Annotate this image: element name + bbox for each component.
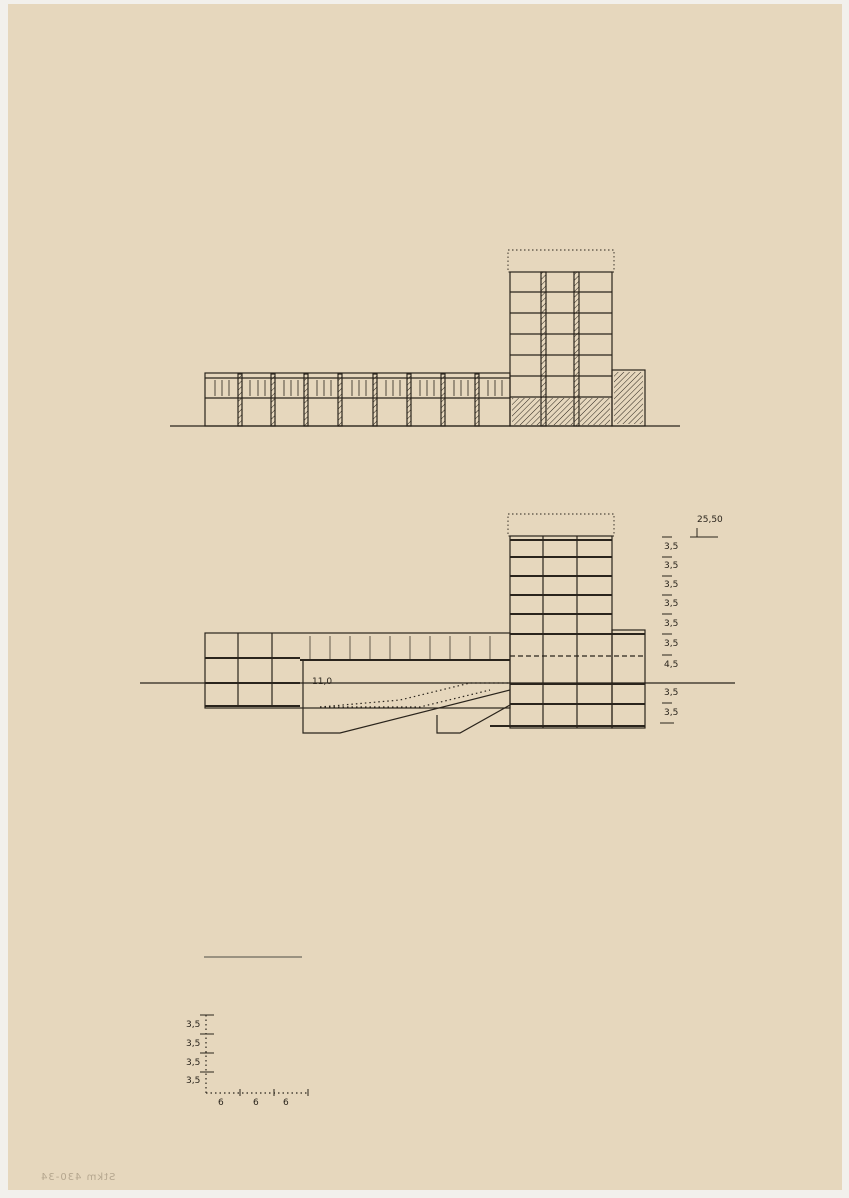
key-label: 3,5 bbox=[186, 1076, 200, 1086]
key-label: 6 bbox=[253, 1098, 259, 1108]
scale-key bbox=[206, 1015, 308, 1093]
section-drawing bbox=[140, 514, 735, 733]
key-label: 6 bbox=[218, 1098, 224, 1108]
elevation-drawing bbox=[170, 250, 680, 426]
dim-label: 3,5 bbox=[664, 561, 678, 571]
dim-label: 3,5 bbox=[664, 688, 678, 698]
architectural-drawing bbox=[0, 0, 849, 1198]
dim-label: 3,5 bbox=[664, 599, 678, 609]
key-label: 3,5 bbox=[186, 1039, 200, 1049]
key-label: 6 bbox=[283, 1098, 289, 1108]
dim-label: 3,5 bbox=[664, 639, 678, 649]
top-level-label: 25,50 bbox=[697, 515, 723, 525]
dim-label: 3,5 bbox=[664, 619, 678, 629]
dim-label: 3,5 bbox=[664, 708, 678, 718]
bleed-through-text: Stkm 430-34 bbox=[40, 1172, 115, 1183]
dim-label: 3,5 bbox=[664, 542, 678, 552]
key-label: 3,5 bbox=[186, 1020, 200, 1030]
dim-label: 4,5 bbox=[664, 660, 678, 670]
ramp-height-label: 11,0 bbox=[312, 677, 332, 687]
dim-label: 3,5 bbox=[664, 580, 678, 590]
key-label: 3,5 bbox=[186, 1058, 200, 1068]
